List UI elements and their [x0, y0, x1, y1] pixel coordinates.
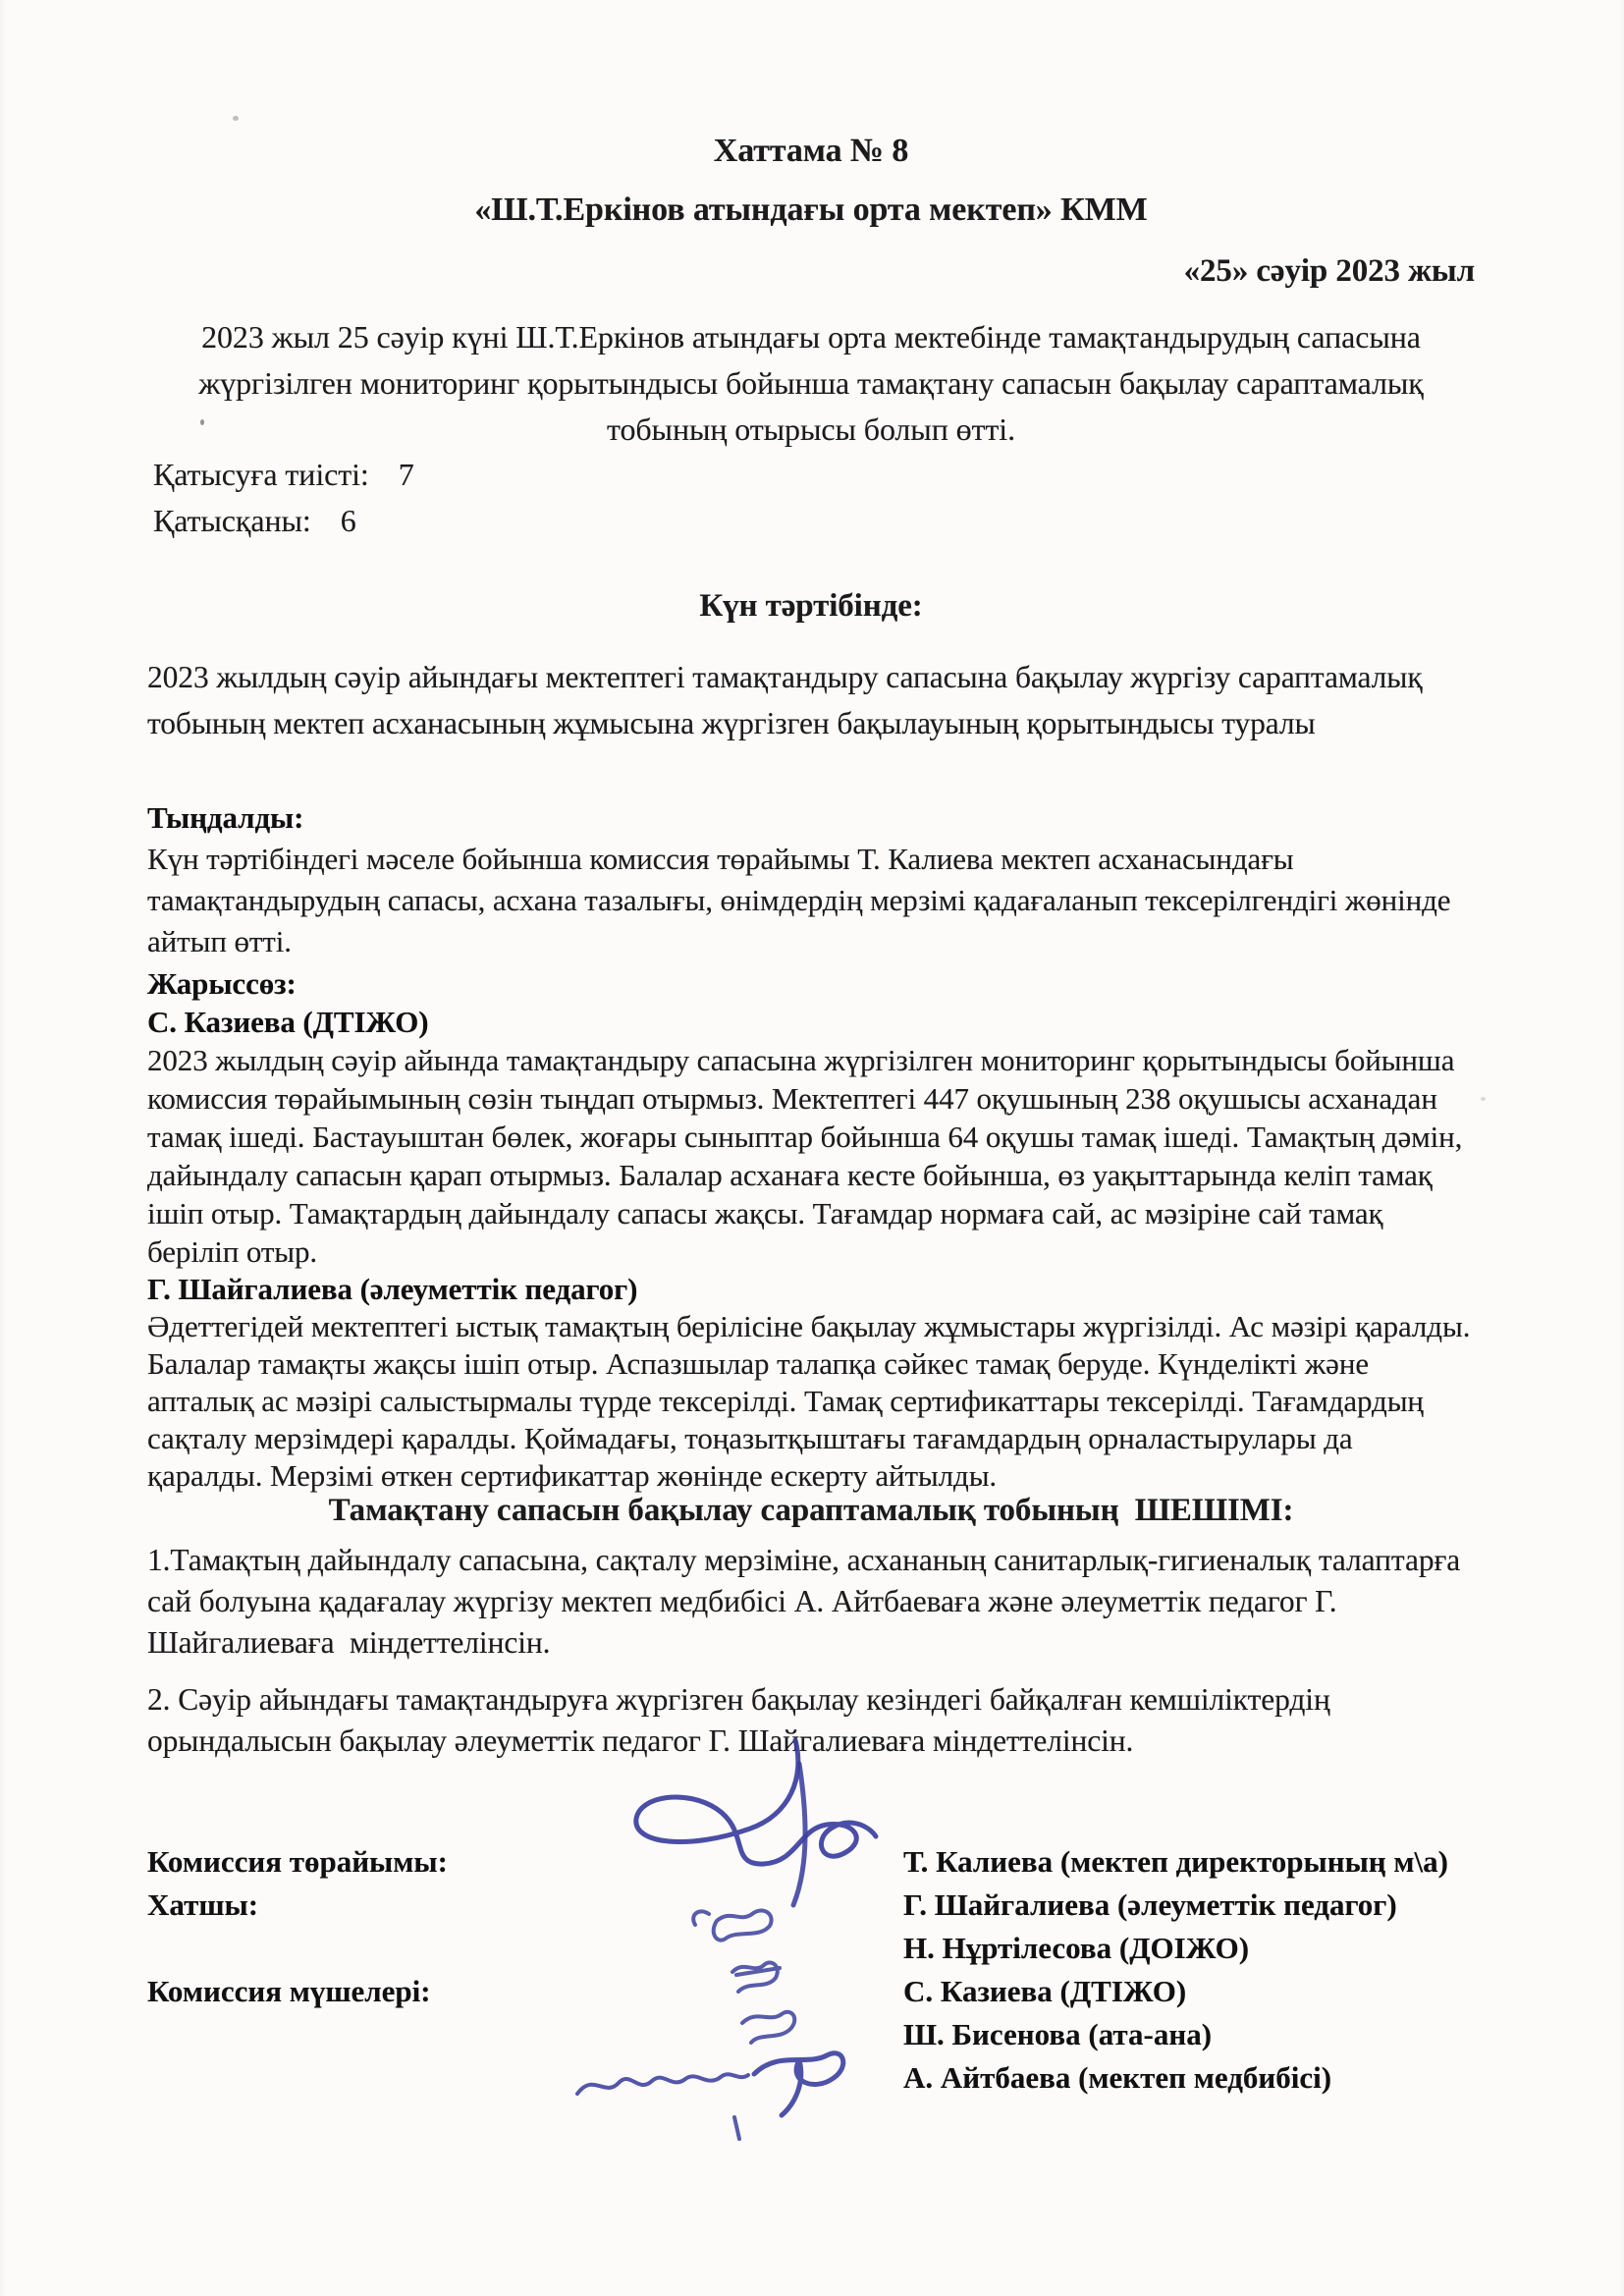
attendance-required-value: 7	[399, 452, 414, 498]
attendance-attended-value: 6	[341, 498, 356, 544]
attendance-required-label: Қатысуға тиісті:	[153, 457, 369, 492]
attendance-attended-label: Қатысқаны:	[153, 503, 311, 538]
document-page: Хаттама № 8 «Ш.Т.Еркінов атындағы орта м…	[0, 0, 1624, 2296]
debate-section: Жарыссөз: С. Казиева (ДТІЖО) 2023 жылдың…	[147, 964, 1475, 1271]
scan-speck	[1481, 1097, 1486, 1101]
signature-ink	[542, 1726, 964, 2149]
signatory-name: Т. Калиева (мектеп директорының м\а)	[903, 1844, 1448, 1880]
agenda-heading: Күн тәртібінде:	[147, 586, 1475, 626]
secretary-label: Хатшы:	[147, 1887, 258, 1923]
intro-paragraph: 2023 жыл 25 сәуір күні Ш.Т.Еркінов атынд…	[147, 314, 1475, 453]
heard-section: Тыңдалды: Күн тәртібіндегі мәселе бойынш…	[147, 797, 1475, 962]
scan-speck	[233, 116, 239, 121]
decision-heading: Тамақтану сапасын бақылау сараптамалық т…	[147, 1491, 1475, 1530]
chair-label: Комиссия төрайымы:	[147, 1844, 448, 1880]
signatory-name: А. Айтбаева (мектеп медбибісі)	[903, 2060, 1331, 2096]
heard-text: Күн тәртібіндегі мәселе бойынша комиссия…	[147, 839, 1475, 962]
heard-heading: Тыңдалды:	[147, 797, 1475, 839]
document-title: Хаттама № 8	[147, 132, 1475, 171]
debate-heading: Жарыссөз:	[147, 964, 1475, 1003]
speaker2-section: Г. Шайгалиева (әлеуметтік педагог) Әдетт…	[147, 1271, 1475, 1495]
speaker2-text: Әдеттегідей мектептегі ыстық тамақтың бе…	[147, 1308, 1475, 1495]
agenda-text: 2023 жылдың сәуір айындағы мектептегі та…	[147, 654, 1475, 746]
speaker1-text: 2023 жылдың сәуір айында тамақтандыру са…	[147, 1041, 1475, 1271]
organization-name: «Ш.Т.Еркінов атындағы орта мектеп» КММ	[147, 191, 1475, 230]
attendance-block: Қатысуға тиісті:7 Қатысқаны:6	[153, 452, 1475, 544]
members-label: Комиссия мүшелері:	[147, 1974, 431, 2009]
speaker2-name: Г. Шайгалиева (әлеуметтік педагог)	[147, 1271, 1475, 1308]
decision-item-1: 1.Тамақтың дайындалу сапасына, сақталу м…	[147, 1540, 1475, 1664]
attendance-attended-row: Қатысқаны:6	[153, 498, 1475, 544]
signatory-name: Г. Шайгалиева (әлеуметтік педагог)	[903, 1887, 1397, 1923]
attendance-required-row: Қатысуға тиісті:7	[153, 452, 1475, 498]
scan-speck	[200, 419, 204, 425]
speaker1-name: С. Казиева (ДТІЖО)	[147, 1003, 1475, 1041]
document-date: «25» сәуір 2023 жыл	[147, 251, 1475, 291]
